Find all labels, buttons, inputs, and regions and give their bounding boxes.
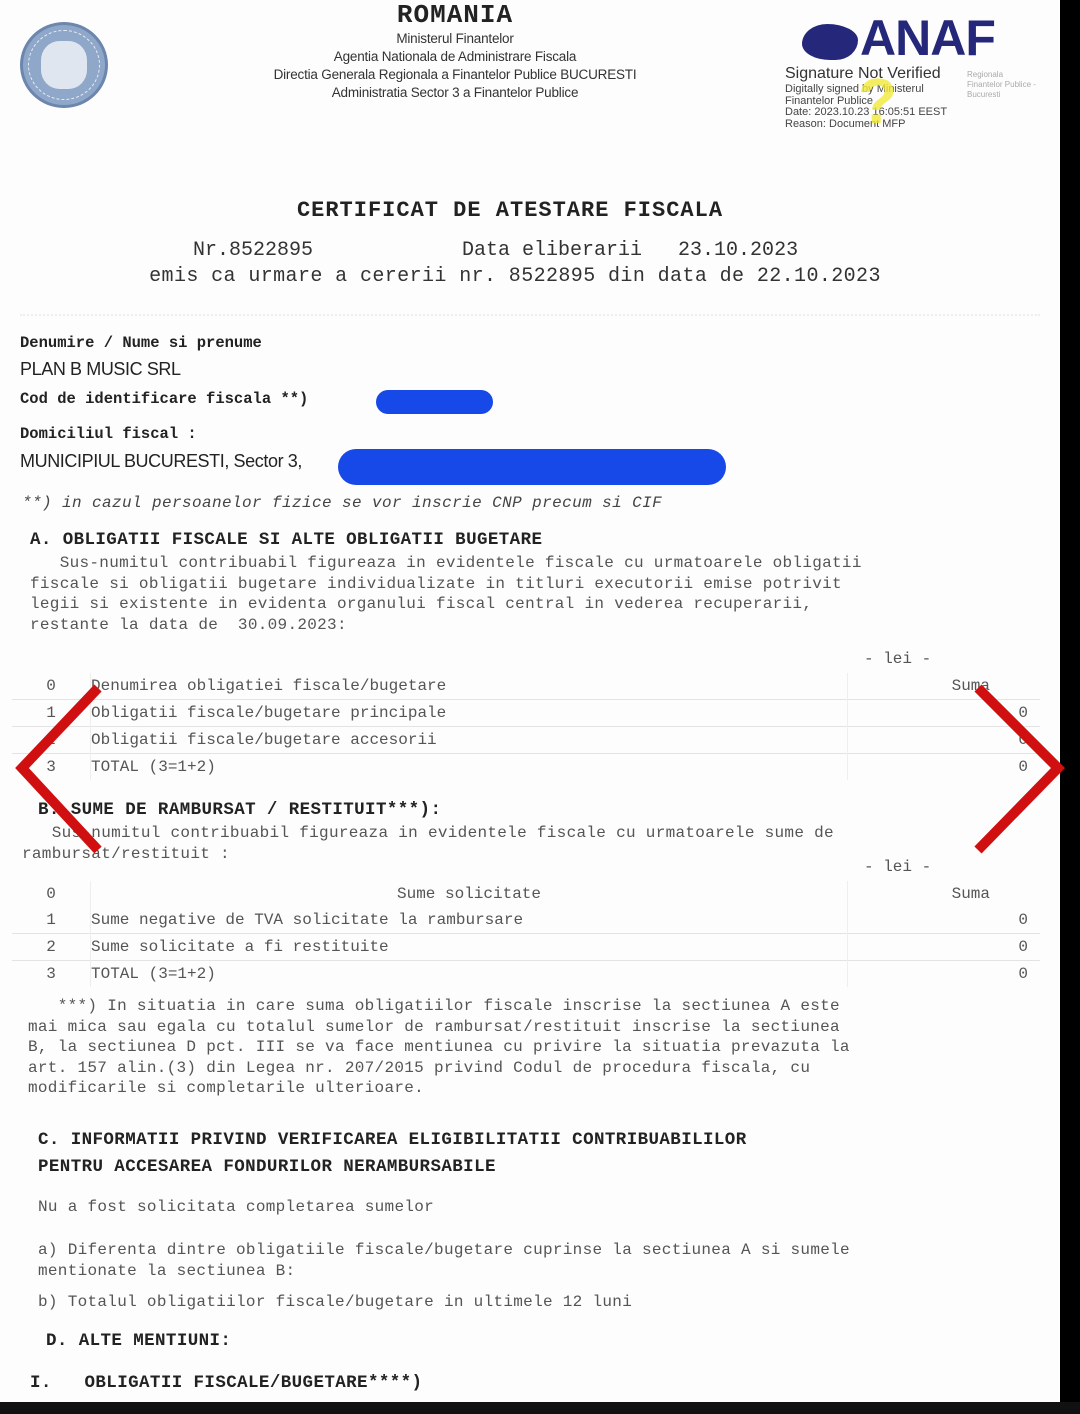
romania-map-icon (802, 24, 858, 60)
cif-redaction (376, 390, 493, 414)
anaf-wordmark: ANAF (860, 8, 995, 68)
request-line: emis ca urmare a cererii nr. 8522895 din… (0, 265, 1030, 288)
row-description: Sume negative de TVA solicitate la rambu… (91, 907, 848, 934)
row-description: Obligatii fiscale/bugetare accesorii (91, 727, 848, 754)
section-b-footnote: ***) In situatia in care suma obligatiil… (28, 996, 850, 1099)
issue-date-line: Data eliberarii 23.10.2023 (462, 239, 798, 262)
table-row: 3TOTAL (3=1+2)0 (12, 961, 1040, 988)
name-label: Denumire / Nume si prenume (20, 334, 262, 352)
row-description: TOTAL (3=1+2) (91, 961, 848, 988)
signature-date: Date: 2023.10.23 16:05:51 EEST (785, 107, 1045, 119)
signer-faint-text: RegionalaFinantelor Publice - Bucuresti (967, 70, 1045, 100)
row-description: TOTAL (3=1+2) (91, 754, 848, 781)
row-description: Denumirea obligatiei fiscale/bugetare (91, 673, 848, 700)
issue-date-label: Data eliberarii (462, 239, 642, 262)
address-label: Domiciliul fiscal : (20, 425, 197, 443)
anaf-logo: ANAF (800, 14, 1050, 70)
table-row: 1Sume negative de TVA solicitate la ramb… (12, 907, 1040, 934)
section-a-text: Sus-numitul contribuabil figureaza in ev… (30, 553, 862, 635)
taxpayer-name: PLAN B MUSIC SRL (20, 359, 181, 380)
signature-reason: Reason: Document MFP (785, 119, 1045, 131)
section-b-text: Sus-numitul contribuabil figureaza in ev… (22, 823, 834, 864)
chevron-left-icon[interactable] (10, 680, 110, 860)
table-row: 1Obligatii fiscale/bugetare principale0 (12, 700, 1040, 727)
row-number: 2 (12, 934, 91, 961)
administration-line: Administratia Sector 3 a Finantelor Publ… (220, 84, 690, 102)
section-c-item-b: b) Totalul obligatiilor fiscale/bugetare… (38, 1292, 632, 1313)
issuer-header: ROMANIA Ministerul Finantelor Agentia Na… (220, 0, 690, 102)
table-row: 3TOTAL (3=1+2)0 (12, 754, 1040, 781)
section-a-unit: - lei - (864, 650, 931, 668)
section-d-title: D. ALTE MENTIUNI: (46, 1331, 231, 1351)
row-description: Sume solicitate (91, 881, 848, 907)
certificate-number: Nr.8522895 (193, 239, 313, 262)
issue-date: 23.10.2023 (678, 239, 798, 262)
section-b-unit: - lei - (864, 858, 931, 876)
section-a-title: A. OBLIGATII FISCALE SI ALTE OBLIGATII B… (30, 530, 542, 550)
cnp-footnote: **) in cazul persoanelor fizice se vor i… (22, 494, 662, 512)
table-row: 0 Sume solicitate Suma (12, 881, 1040, 907)
row-number: 3 (12, 961, 91, 988)
country-name: ROMANIA (220, 0, 690, 30)
section-c-title-1: C. INFORMATII PRIVIND VERIFICAREA ELIGIB… (38, 1130, 747, 1150)
section-c-item-a: a) Diferenta dintre obligatiile fiscale/… (38, 1240, 850, 1281)
chevron-right-icon[interactable] (970, 680, 1070, 860)
divider (20, 314, 1040, 324)
agency-line: Agentia Nationala de Administrare Fiscal… (220, 48, 690, 66)
signer-faint-1: Regionala (967, 70, 1003, 79)
certificate-title: CERTIFICAT DE ATESTARE FISCALA (0, 198, 1020, 223)
row-description: Sume solicitate a fi restituite (91, 934, 848, 961)
directorate-line: Directia Generala Regionala a Finantelor… (220, 66, 690, 84)
ministry-line: Ministerul Finantelor (220, 30, 690, 48)
row-amount: 0 (848, 961, 1041, 988)
cif-label: Cod de identificare fiscala **) (20, 390, 308, 408)
section-c-title-2: PENTRU ACCESAREA FONDURILOR NERAMBURSABI… (38, 1157, 496, 1177)
section-b-table: 0 Sume solicitate Suma 1Sume negative de… (12, 881, 1040, 987)
digital-signature-block[interactable]: Signature Not Verified RegionalaFinantel… (785, 64, 1045, 130)
row-number: 0 (12, 881, 91, 907)
bottom-frame-border (0, 1402, 1080, 1414)
taxpayer-address: MUNICIPIUL BUCURESTI, Sector 3, (20, 451, 302, 472)
section-c-status: Nu a fost solicitata completarea sumelor (38, 1197, 434, 1218)
romania-seal-icon (20, 22, 108, 108)
table-row: 0Denumirea obligatiei fiscale/bugetareSu… (12, 673, 1040, 700)
document-page: ROMANIA Ministerul Finantelor Agentia Na… (0, 0, 1060, 1402)
section-d-item-1: I. OBLIGATII FISCALE/BUGETARE****) (30, 1373, 422, 1393)
section-a-table: 0Denumirea obligatiei fiscale/bugetareSu… (12, 673, 1040, 780)
row-amount: 0 (848, 907, 1041, 934)
table-row: 2Obligatii fiscale/bugetare accesorii0 (12, 727, 1040, 754)
question-mark-icon: ? (858, 66, 897, 136)
row-description: Obligatii fiscale/bugetare principale (91, 700, 848, 727)
signer-faint-2: Finantelor Publice - Bucuresti (967, 80, 1036, 99)
row-amount: Suma (848, 881, 1041, 907)
table-row: 2Sume solicitate a fi restituite0 (12, 934, 1040, 961)
address-redaction (338, 449, 726, 485)
row-amount: 0 (848, 934, 1041, 961)
row-number: 1 (12, 907, 91, 934)
